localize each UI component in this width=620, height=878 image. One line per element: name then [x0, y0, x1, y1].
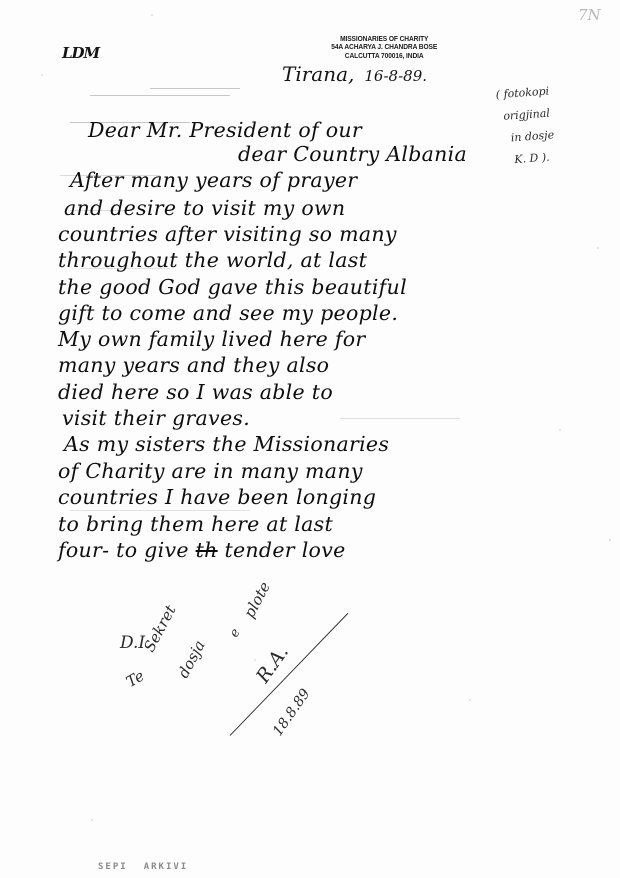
annotation-word: plote — [240, 579, 274, 621]
archive-stamp-left: SEPI — [98, 862, 128, 872]
salutation-line-1: Dear Mr. President of our — [88, 118, 362, 142]
annotation-date: 18.8.89 — [270, 686, 314, 739]
last-line-after: tender love — [218, 538, 346, 562]
last-line-before: four- to give — [58, 538, 196, 562]
letter-line-last: four- to give th tender love — [58, 538, 346, 562]
place: Tirana, — [282, 62, 354, 86]
margin-note: ( fotokopi origjinal in dosje K. D ). — [495, 76, 620, 172]
letter-line: As my sisters the Missionaries — [64, 432, 389, 456]
letter-line: of Charity are in many many — [58, 459, 363, 483]
annotation-word: Sekret — [140, 602, 180, 655]
letter-line: gift to come and see my people. — [58, 301, 398, 325]
letter-line: visit their graves. — [62, 406, 250, 430]
archive-stamp-right: ARKIVI — [144, 862, 189, 872]
letter-line: to bring them here at last — [58, 512, 333, 536]
annotation-word: e — [227, 626, 244, 640]
annotation-word: dosja — [174, 637, 209, 681]
letter-line: countries after visiting so many — [58, 222, 397, 246]
archive-stamp: SEPIARKIVI — [98, 862, 188, 872]
annotation-signature: R.A. — [252, 642, 293, 687]
struck-text: th — [196, 538, 218, 562]
folio-number: 7N — [578, 6, 601, 24]
letter-date: 16-8-89. — [364, 67, 427, 85]
salutation-line-2: dear Country Albania — [238, 142, 467, 166]
letter-line: and desire to visit my own — [64, 196, 345, 220]
letter-line: many years and they also — [58, 353, 329, 377]
letter-line: died here so I was able to — [58, 380, 333, 404]
letter-line: countries I have been longing — [58, 485, 376, 509]
official-annotation: D.I Te Sekret dosja e plote R.A. 18.8.89 — [118, 595, 378, 755]
letter-line: My own family lived here for — [58, 327, 366, 351]
letter-line: throughout the world, at last — [58, 248, 367, 272]
letter-line: the good God gave this beautiful — [58, 275, 407, 299]
scanned-letter-page: 7N LDM MISSIONARIES OF CHARITY 54A ACHAR… — [0, 0, 620, 878]
place-and-date: Tirana,16-8-89. — [282, 62, 427, 86]
letterhead-stamp: MISSIONARIES OF CHARITY 54A ACHARYA J. C… — [306, 35, 462, 60]
sender-initials: LDM — [62, 44, 99, 62]
letter-line: After many years of prayer — [70, 168, 357, 192]
letterhead-line-3: CALCUTTA 700016, INDIA — [306, 52, 462, 60]
annotation-word: Te — [123, 667, 147, 691]
